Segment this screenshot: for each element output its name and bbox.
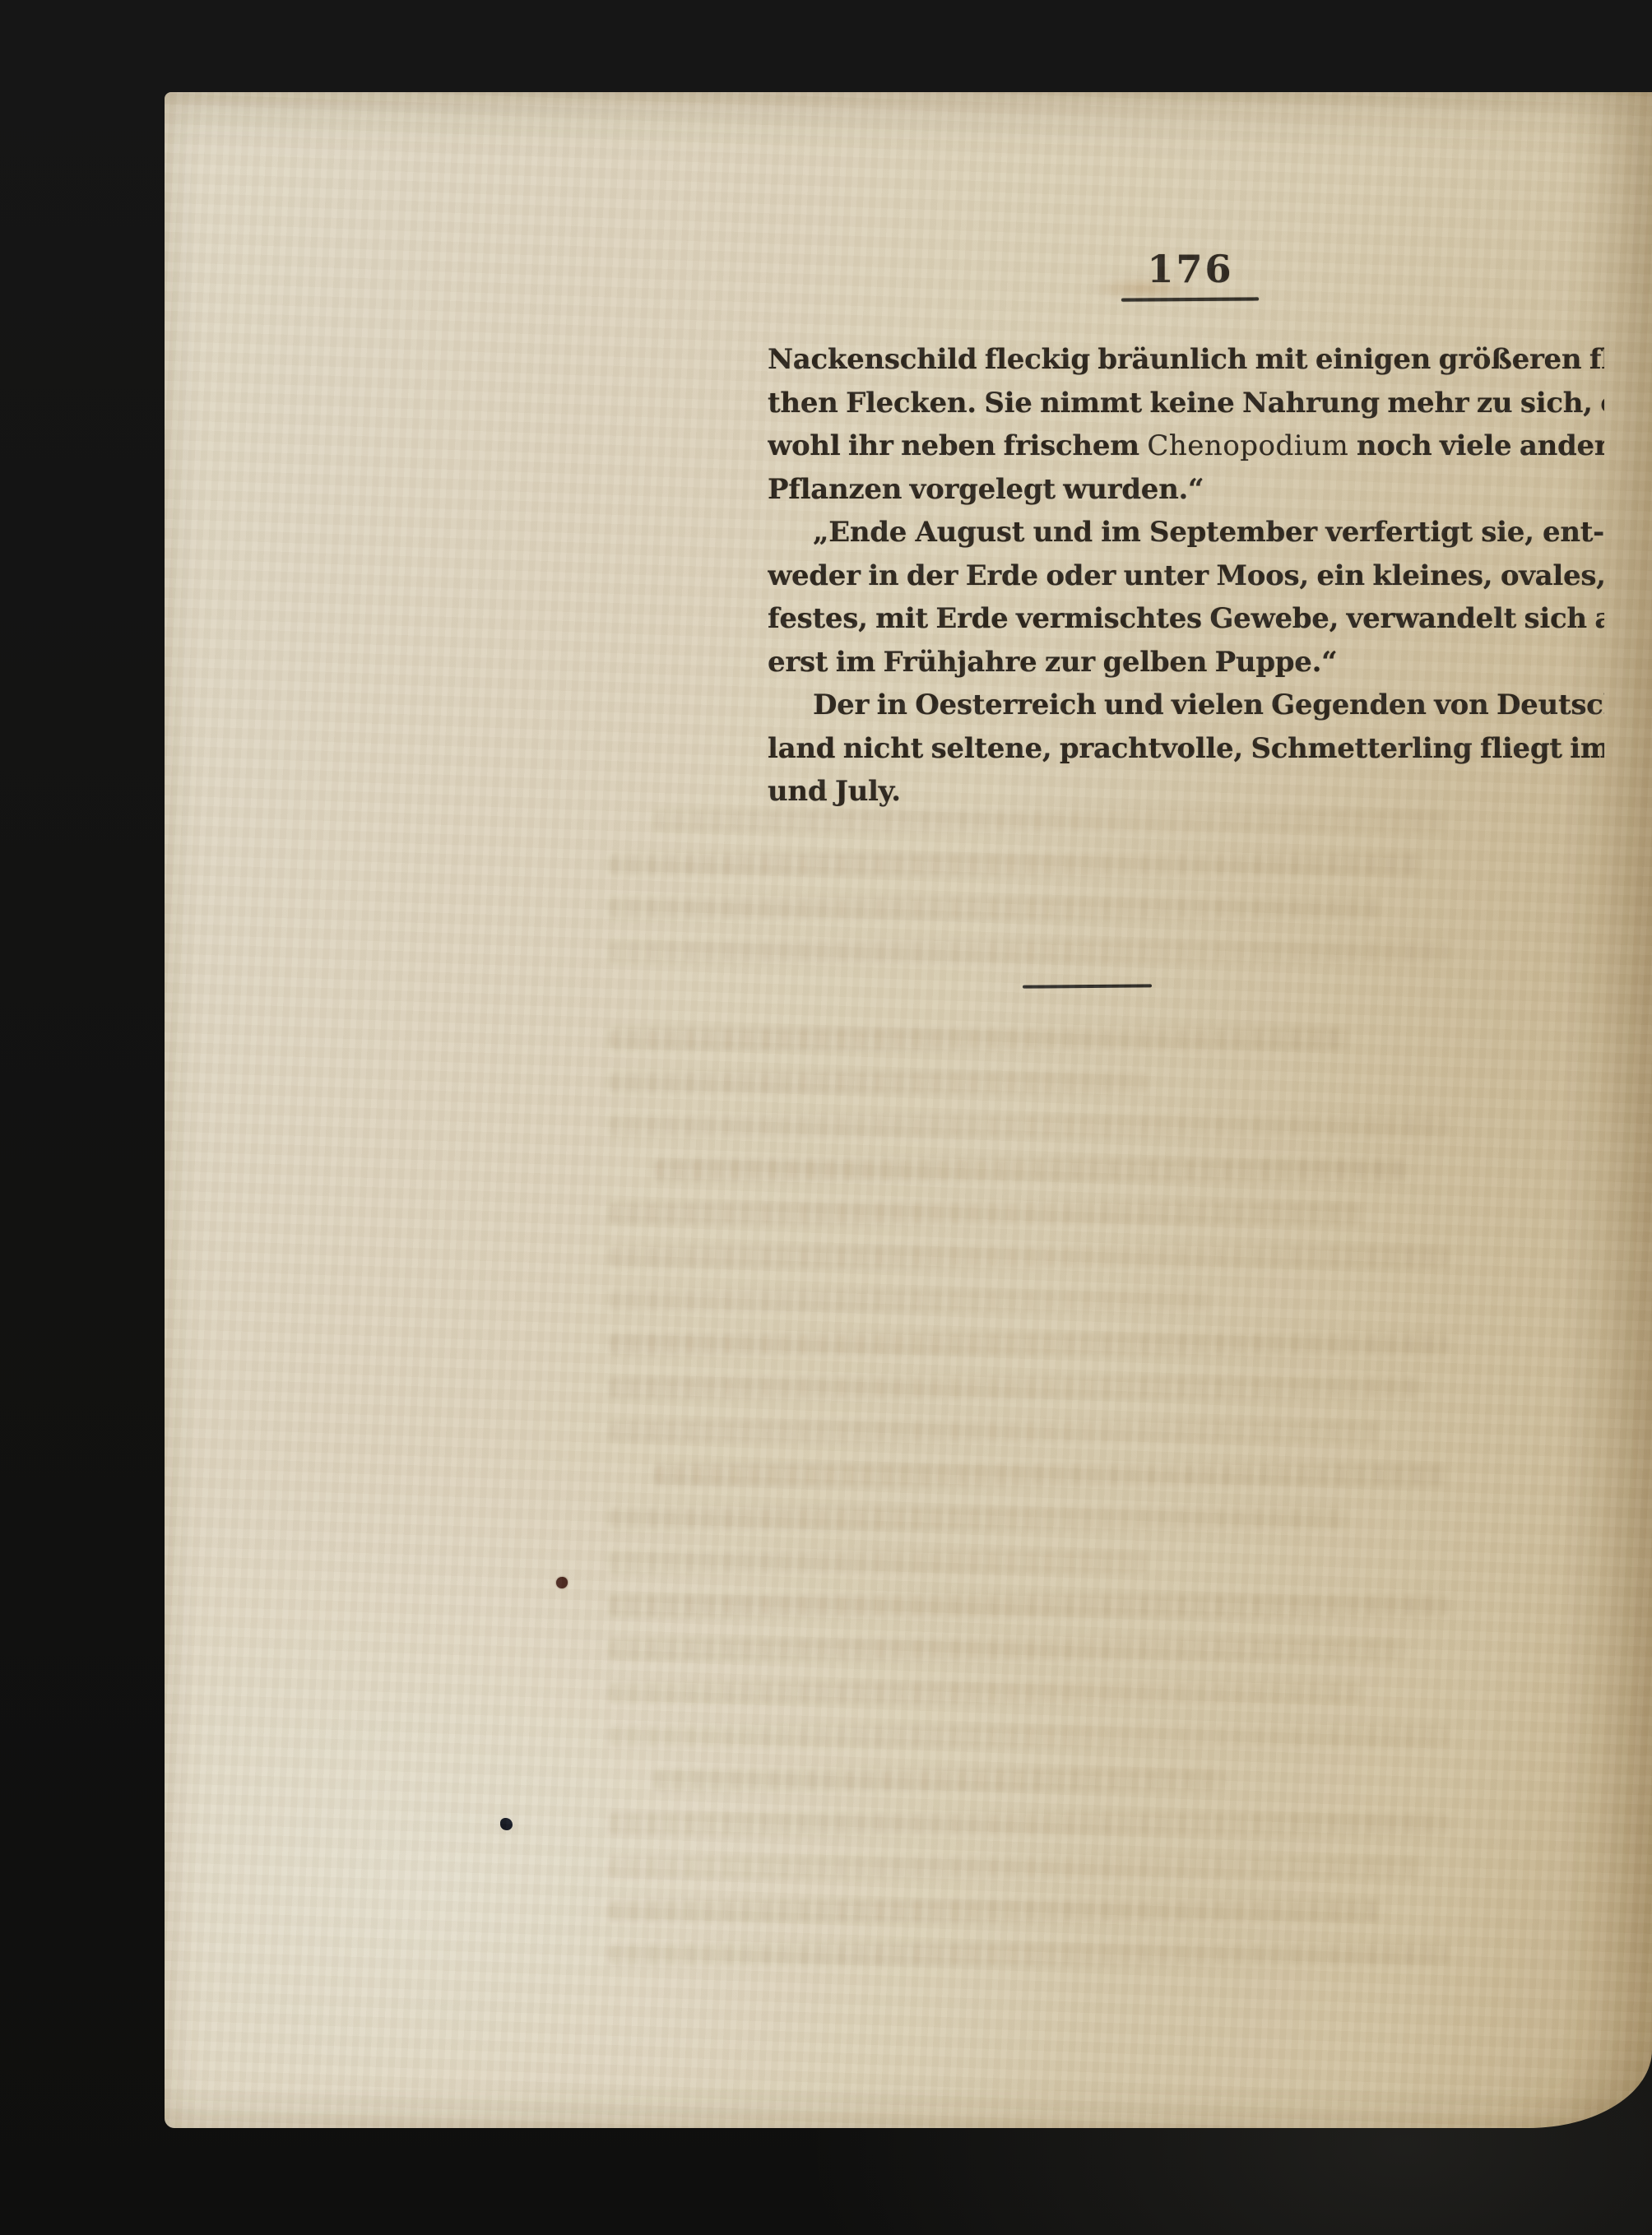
scanner-background: 176 Nackenschild fleckig bräunlich mit e… <box>0 0 1652 2235</box>
text-line: und July. <box>768 770 1604 814</box>
bleed-through-line <box>609 1551 1146 1573</box>
text-line: Der in Oesterreich und vielen Gegenden v… <box>768 684 1604 727</box>
section-divider-rule <box>1023 984 1152 988</box>
bleed-through-line <box>609 1813 1448 1834</box>
bleed-through-line <box>609 1900 1381 1922</box>
bleed-through-line <box>654 1159 1408 1180</box>
text-block: Nackenschild fleckig bräunlich mit einig… <box>768 338 1604 814</box>
text-segment: wohl ihr neben frischem <box>768 429 1147 462</box>
bleed-through-line <box>609 1072 1146 1093</box>
bleed-through-line <box>654 1769 1226 1791</box>
latin-word: Chenopodium <box>1147 429 1348 462</box>
text-line: Pflanzen vorgelegt wurden.“ <box>768 468 1604 512</box>
bleed-through-line <box>609 1682 1364 1704</box>
text-line: land nicht seltene, prachtvolle, Schmett… <box>768 727 1604 771</box>
bleed-through-line <box>654 1464 1448 1486</box>
bleed-through-line <box>609 1203 1364 1224</box>
bleed-through-line <box>609 1377 1422 1398</box>
text-line: weder in der Erde oder unter Moos, ein k… <box>768 554 1604 598</box>
paragraph-2: „Ende August und im September verfertigt… <box>768 511 1604 684</box>
bleed-through-line <box>609 1726 1448 1747</box>
bleed-through-line <box>609 897 1381 919</box>
bleed-through-line <box>609 1508 1348 1529</box>
book-page: 176 Nackenschild fleckig bräunlich mit e… <box>165 92 1652 2128</box>
bleed-through-line <box>609 941 1448 962</box>
ink-speck-brown <box>556 1577 568 1588</box>
bleed-through-line <box>609 1857 1422 1878</box>
bleed-through-line <box>609 1246 1448 1268</box>
bleed-through-line <box>609 1595 1448 1616</box>
bleed-through-line <box>654 810 1448 832</box>
bleed-through-line <box>609 1639 1406 1660</box>
paragraph-1: Nackenschild fleckig bräunlich mit einig… <box>768 338 1604 511</box>
text-line: wohl ihr neben frischem Chenopodium noch… <box>768 424 1604 468</box>
page-number-underline <box>1121 297 1259 301</box>
text-line: festes, mit Erde vermischtes Gewebe, ver… <box>768 597 1604 641</box>
text-segment: noch viele andere <box>1348 429 1604 462</box>
page-number: 176 <box>1108 247 1273 291</box>
bleed-through-line <box>609 854 1422 875</box>
ink-speck-black <box>500 1818 513 1830</box>
text-line: Nackenschild fleckig bräunlich mit einig… <box>768 338 1604 382</box>
bleed-through-line <box>609 1421 1381 1442</box>
bleed-through-line <box>609 1944 1448 1965</box>
paragraph-3: Der in Oesterreich und vielen Gegenden v… <box>768 684 1604 814</box>
bleed-through-line <box>609 1290 1213 1311</box>
bleed-through-line <box>609 1115 1448 1137</box>
text-line: then Flecken. Sie nimmt keine Nahrung me… <box>768 382 1604 425</box>
bleed-through-line <box>609 1028 1348 1050</box>
bleed-through-line <box>609 1333 1448 1355</box>
text-line: „Ende August und im September verfertigt… <box>768 511 1604 554</box>
text-line: erst im Frühjahre zur gelben Puppe.“ <box>768 641 1604 684</box>
